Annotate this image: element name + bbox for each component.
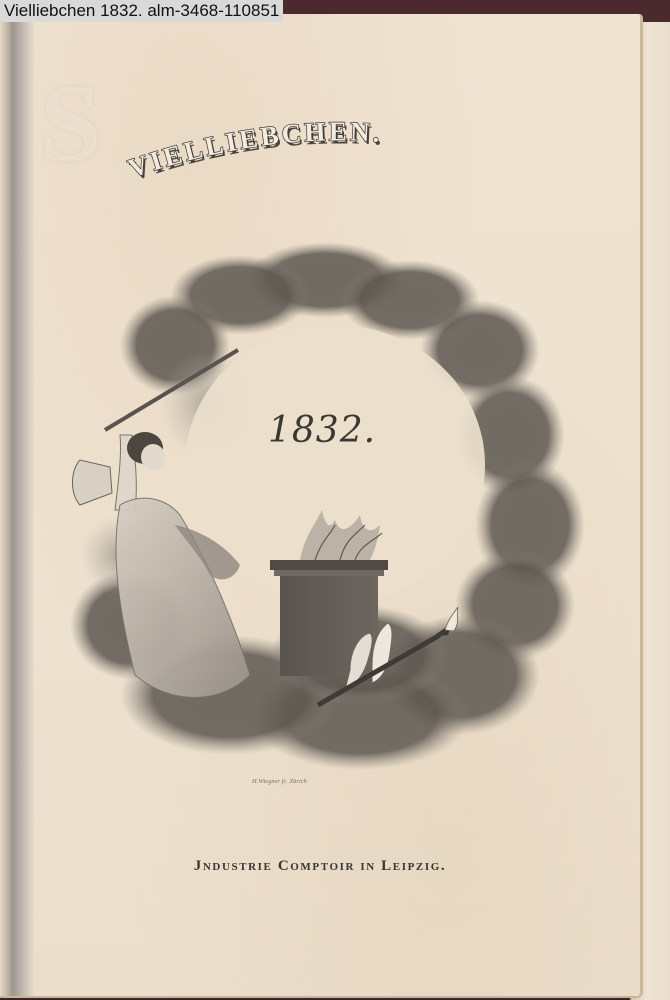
engraver-credit: H.Wiegner fc. Zürich [252,778,307,785]
year-label: 1832. [268,410,376,451]
window-title: Vielliebchen 1832. alm-3468-110851 [0,0,283,22]
page-title: VIELLIEBCHEN. VIELLIEBCHEN. [120,120,540,190]
book-gutter [0,14,34,996]
watermark-stamp: S [40,60,101,187]
publisher-imprint: Jndustrie Comptoir in Leipzig. [0,858,640,875]
engraved-vignette [60,235,590,785]
